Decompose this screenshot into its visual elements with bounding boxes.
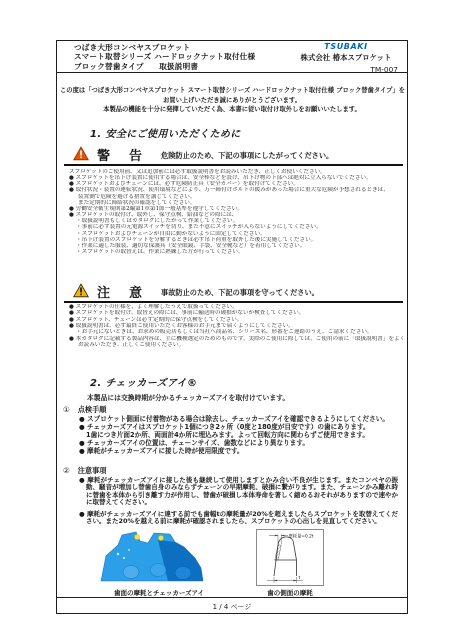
tooth-wear-figure: 摩耗量=0.2t t 歯の側面の摩耗 (255, 529, 325, 597)
inspection-list: ● スプロケット側面に付着物がある場合は除去し、チェッカーズアイを確認できるよう… (79, 415, 401, 455)
sprocket-figure: 歯面の摩耗とチェッカーズアイ (97, 530, 221, 597)
sprocket-caption: 歯面の摩耗とチェッカーズアイ (97, 588, 221, 597)
caution-label: 注 意 (97, 282, 145, 301)
title-line-2: スマート取替シリーズ ハードロックナット取付仕様 (74, 52, 255, 61)
section2-heading: 2. チェッカーズアイ® (90, 374, 197, 389)
warning-banner: 警 告 危険防止のため、下記の事項にしたがってください。 (64, 145, 403, 166)
section1-heading: 1. 安全にご使用いただくために (90, 125, 241, 140)
page-footer: 1 / 4 ページ (57, 597, 407, 613)
warning-triangle-icon (73, 146, 89, 161)
checkers-eye-dot (134, 534, 139, 539)
caution-banner: 注 意 事故防止のため、下記の事項を守ってください。 (64, 282, 403, 303)
doc-number: TM-007 (290, 65, 402, 74)
intro-line-1: この度は「つばき大形コンベヤスプロケット スマート取替シリーズ ハードロックナッ… (60, 86, 404, 96)
warning-line: ● 取付状況・装置の運転状況、使用環境などにより、万一締付けボルトの緩みがあった… (69, 187, 403, 193)
intro-line-2: お買い上げいただき誠にありがとうございます。 (60, 96, 404, 106)
checkers-eye-dot (158, 535, 163, 540)
sprocket-image (98, 530, 220, 582)
document-page: つばき大形コンベヤスプロケット スマート取替シリーズ ハードロックナット取付仕様… (56, 40, 408, 614)
inspection-item: ● スプロケット側面に付着物がある場合は除去し、チェッカーズアイを確認できるよう… (79, 415, 401, 423)
inspection-item: 1歯につき片面2か所、両面計4か所に埋込みます。よって回転方向に関わらずご使用で… (79, 431, 401, 439)
title-line-1: つばき大形コンベヤスプロケット (74, 43, 255, 52)
warning-subtitle: 危険防止のため、下記の事項にしたがってください。 (161, 151, 333, 161)
notes-item: ● 摩耗がチェッカーズアイに達する前でも歯幅tの摩耗量が20%を超えましたらスプ… (79, 511, 398, 526)
brand-block: TSUBAKI 株式会社 椿本スプロケット TM-007 (290, 43, 402, 74)
caution-triangle-icon (73, 283, 89, 298)
inspection-item: ● チェッカーズアイはスプロケット1個につき2ヶ所（0度と180度が目安です）の… (79, 423, 401, 431)
warning-line: ・スプロケットの取替えは、作業に熟練した方が行ってください。 (69, 249, 403, 255)
header: つばき大形コンベヤスプロケット スマート取替シリーズ ハードロックナット取付仕様… (57, 41, 407, 73)
doc-title: つばき大形コンベヤスプロケット スマート取替シリーズ ハードロックナット取付仕様… (74, 43, 255, 71)
caution-line: ・お手元にないときは、お求めの販売店もしくは当社へ商品名、シリーズ名、形番をご連… (69, 329, 403, 335)
notes-list: ● 摩耗がチェッカーズアイに接した後も継続して使用しますとかみ合い不良が生じます… (79, 477, 398, 525)
tooth-width-label: t (299, 575, 301, 581)
notes-title: 注意事項 (78, 466, 107, 475)
title-line-3: ブロック替歯タイプ 取扱説明書 (74, 62, 255, 71)
warning-label: 警 告 (97, 145, 145, 164)
tooth-caption: 歯の側面の摩耗 (255, 588, 325, 597)
inspection-title: 点検手順 (78, 405, 107, 414)
tooth-diagram: 摩耗量=0.2t t (257, 530, 323, 585)
wear-amount-label: 摩耗量=0.2t (289, 532, 314, 539)
notes-heading: ②注意事項 (63, 466, 107, 476)
inspection-item: ● チェッカーズアイの位置は、チェーンサイズ、歯数などにより異なります。 (79, 439, 401, 447)
caution-subtitle: 事故防止のため、下記の事項を守ってください。 (161, 288, 319, 298)
page-number: 1 / 4 ページ (213, 603, 252, 611)
company-name: 株式会社 椿本スプロケット (290, 52, 402, 63)
inspection-heading: ①点検手順 (63, 405, 107, 415)
section2-lead: 本製品には交換時期が分かるチェッカーズアイを取付けています。 (87, 392, 289, 402)
warning-list: スプロケットのご使用前、又は追加前には必ず取扱説明書をお読みいただき、正しくお使… (69, 169, 403, 255)
caution-line: お読みいただき、正しくご使用ください。 (69, 342, 403, 348)
intro-line-3: 本製品の機能を十分に発揮していただく為、本書に従い取付け取外しをお願いいたします… (60, 105, 404, 115)
caution-list: ● スプロケットの仕様を、よく理解したうえで取扱ってください。 ● スプロケット… (69, 304, 403, 348)
intro-paragraph: この度は「つばき大形コンベヤスプロケット スマート取替シリーズ ハードロックナッ… (60, 86, 404, 115)
tooth-diagram-box: 摩耗量=0.2t t (256, 529, 324, 586)
tsubaki-logo: TSUBAKI (290, 43, 402, 51)
inspection-item: ● 摩耗がチェッカーズアイに接した時が使用限度です。 (79, 447, 401, 455)
notes-item: ● 摩耗がチェッカーズアイに接した後も継続して使用しますとかみ合い不良が生じます… (79, 477, 398, 506)
notes-number: ② (63, 466, 70, 475)
inspection-number: ① (63, 405, 70, 414)
